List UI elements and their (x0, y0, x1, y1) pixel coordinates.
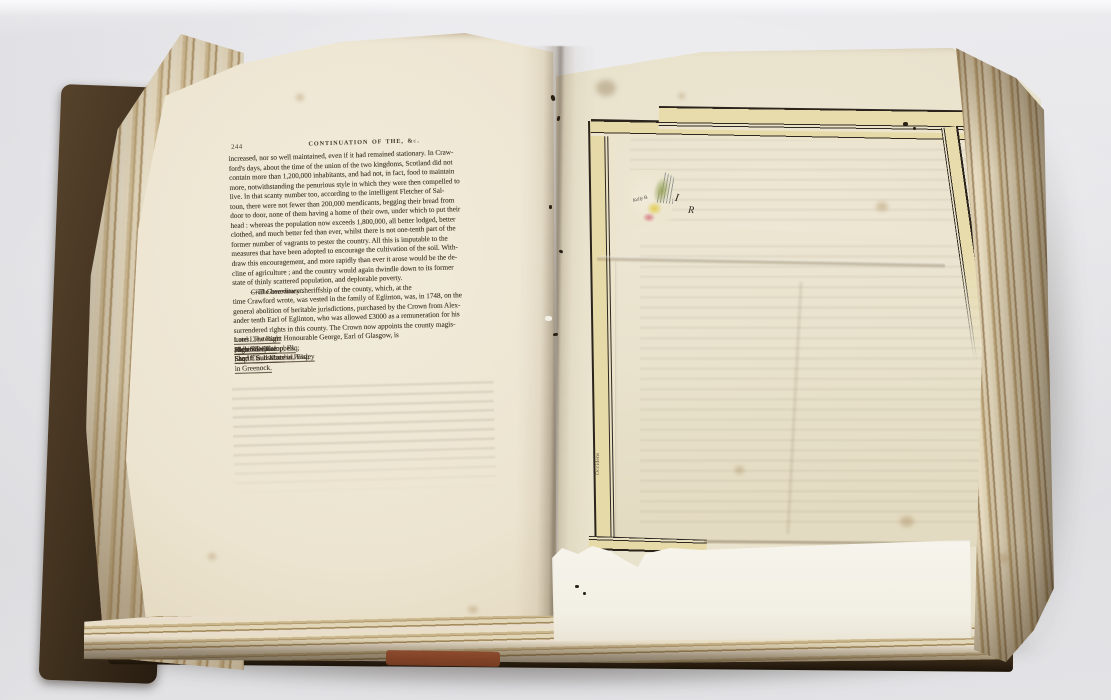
binding-thread (549, 205, 552, 209)
body-text: increased, nor so well maintained, even … (228, 147, 506, 375)
show-through-lines-sheet (640, 238, 990, 526)
foxing-spot (678, 93, 685, 99)
foxing-spot (900, 516, 914, 527)
red-leather-strip (386, 650, 500, 667)
map-watercolor-pink (643, 213, 655, 222)
printed-text-block: 244 CONTINUATION OF THE, &c. increased, … (228, 133, 507, 375)
background-highlight (0, 0, 1111, 16)
stain-smudge (596, 80, 616, 96)
ink-fleck (913, 127, 916, 130)
map-title-letter: R (688, 205, 695, 216)
foxing-spot (468, 606, 478, 613)
map-title-letter: I (674, 192, 680, 204)
photo-of-open-antique-book: 244 CONTINUATION OF THE, &c. increased, … (0, 0, 1111, 700)
foxing-spot (876, 202, 888, 211)
foxing-spot (735, 466, 744, 474)
coloured-map-fragment: Kelly B. I R (624, 170, 708, 232)
show-through-text (231, 377, 496, 496)
foxing-spot (208, 553, 216, 560)
text-segment: in Greenock. (235, 364, 272, 375)
map-margin-compass-label: Occidens (595, 431, 604, 475)
ink-fleck (903, 122, 908, 126)
ink-fleck (583, 592, 586, 595)
foxing-spot (296, 94, 304, 101)
ink-fleck (575, 585, 579, 588)
paper-chip (545, 316, 552, 321)
foxing-spot (999, 554, 1009, 563)
